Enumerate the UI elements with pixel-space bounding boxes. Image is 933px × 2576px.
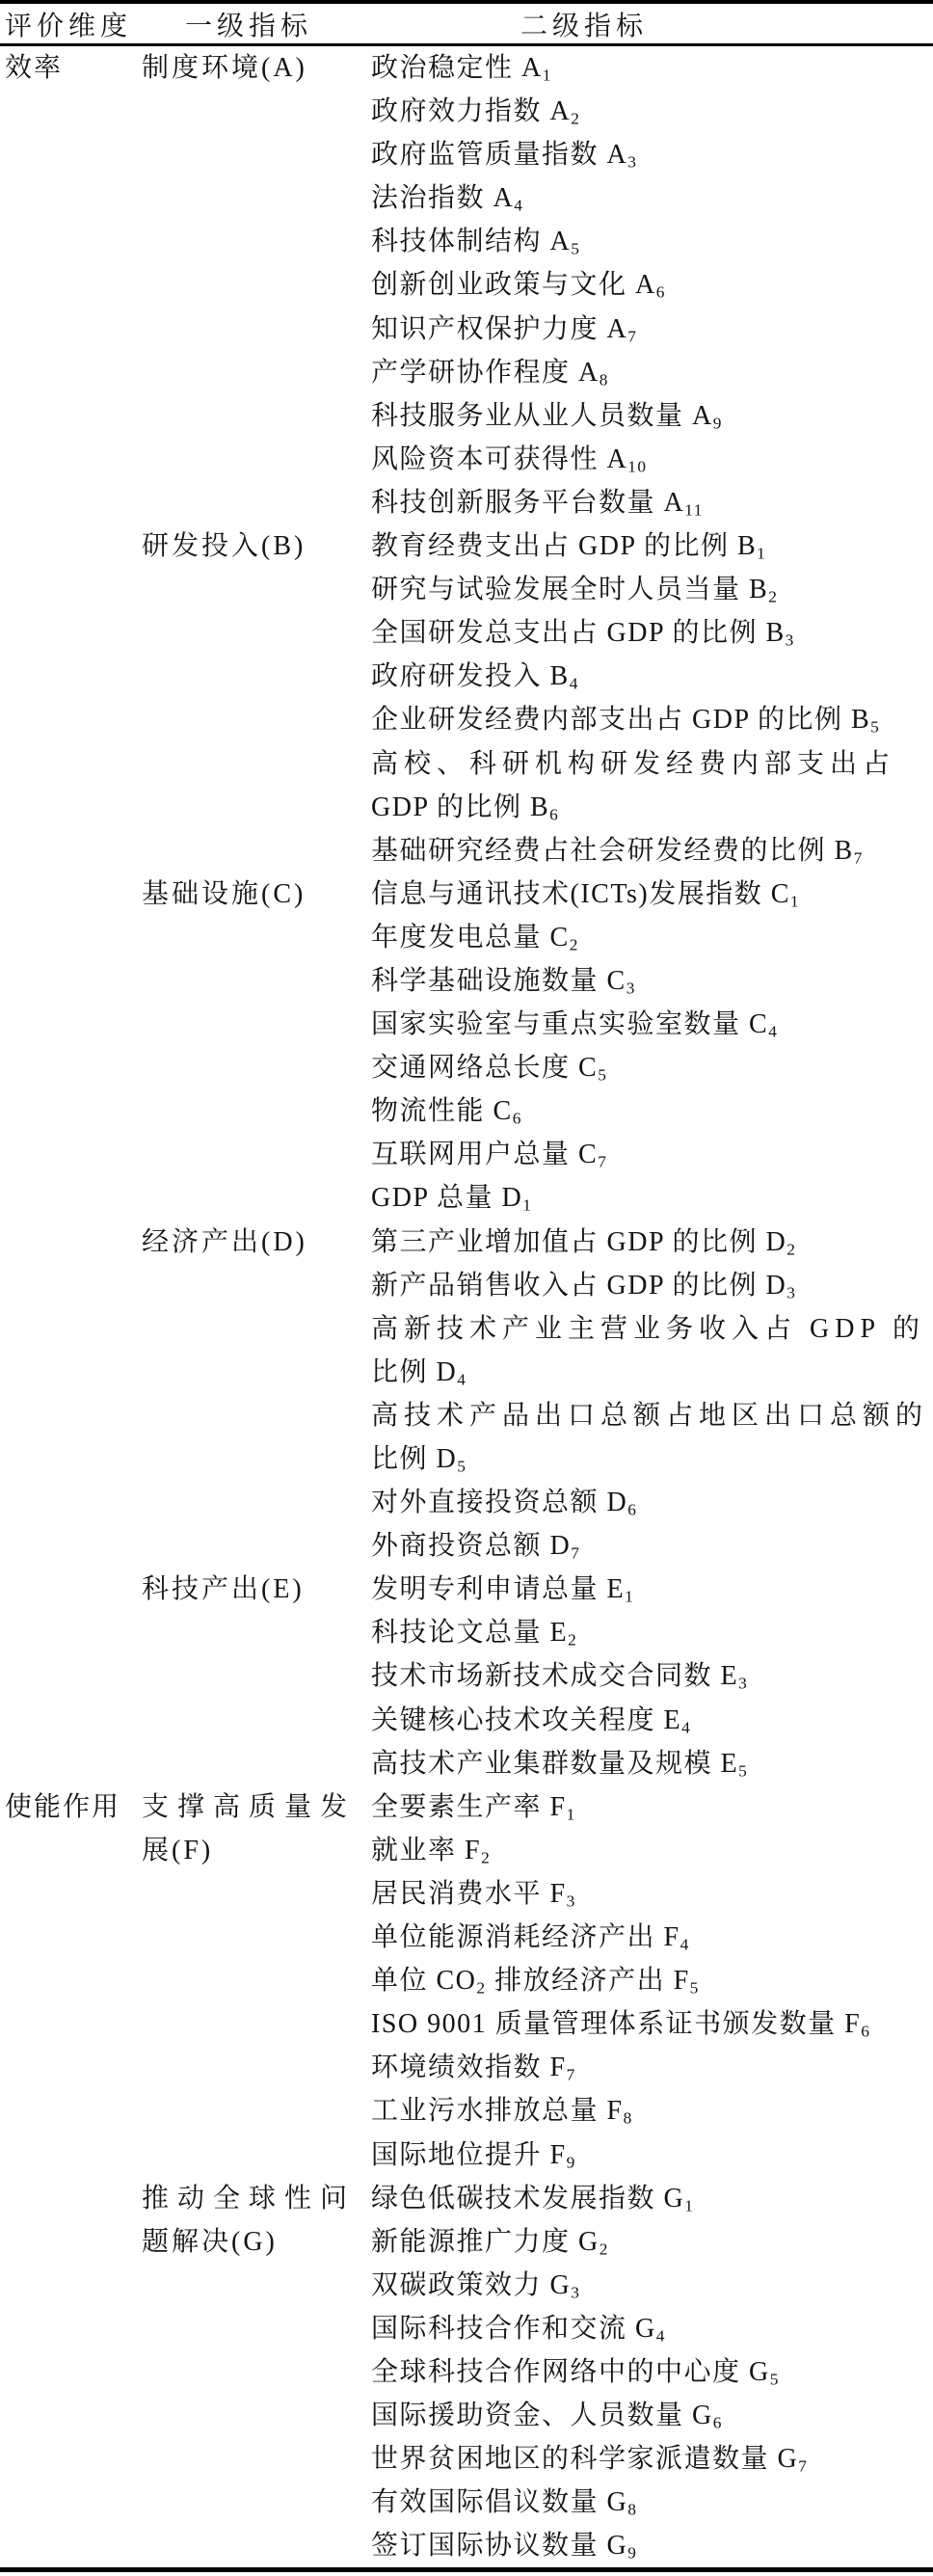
indicator-subscript: 3 — [567, 1892, 576, 1910]
level2-indicator-line: 国家实验室与重点实验室数量 C4 — [371, 1003, 933, 1046]
level2-indicator-line: 风险资本可获得性 A10 — [371, 438, 933, 481]
indicator-subscript: 5 — [690, 1978, 700, 1997]
level2-indicator-line: 互联网用户总量 C7 — [371, 1133, 933, 1176]
header-level1-indicator: 一级指标 — [142, 5, 371, 43]
level2-indicator-line: 国际科技合作和交流 G4 — [371, 2307, 933, 2350]
indicator-subscript: 4 — [768, 1022, 778, 1040]
level2-indicator-line: 关键核心技术攻关程度 E4 — [371, 1699, 933, 1742]
level2-indicator-line: 国际援助资金、人员数量 G6 — [371, 2394, 933, 2437]
level1-indicator-cell: 科技产出(E) — [142, 1568, 371, 1611]
level2-indicator-line: 有效国际倡议数量 G8 — [371, 2481, 933, 2524]
level2-indicator-line: 科技服务业从业人员数量 A9 — [371, 394, 933, 438]
level2-indicator-line: 外商投资总额 D7 — [371, 1524, 933, 1568]
indicator-subscript: 2 — [570, 935, 579, 953]
level2-indicator-line: 全要素生产率 F1 — [371, 1785, 933, 1829]
level2-indicator-line: 信息与通讯技术(ICTs)发展指数 C1 — [371, 872, 933, 916]
table-header-row: 评价维度 一级指标 二级指标 — [0, 4, 933, 43]
indicator-subscript: 2 — [481, 1848, 491, 1866]
level2-indicator-line: ISO 9001 质量管理体系证书颁发数量 F6 — [371, 2002, 933, 2046]
level2-indicator-line: 科技论文总量 E2 — [371, 1611, 933, 1654]
indicator-subscript: 8 — [600, 370, 609, 389]
level2-indicator-line: 科技创新服务平台数量 A11 — [371, 481, 933, 524]
level1-label-line: 支撑高质量发 — [142, 1785, 371, 1829]
level2-indicator-line: 就业率 F2 — [371, 1829, 933, 1872]
indicator-subscript: 6 — [627, 1500, 637, 1518]
indicator-subscript: 1 — [757, 544, 766, 562]
indicator-subscript: 1 — [790, 892, 800, 910]
level2-indicator-line: 科技体制结构 A5 — [371, 220, 933, 263]
indicator-subscript: 5 — [457, 1457, 466, 1475]
indicator-subscript: 6 — [861, 2023, 870, 2041]
group-row: 基础设施(C)信息与通讯技术(ICTs)发展指数 C1年度发电总量 C2科学基础… — [142, 872, 933, 1177]
indicator-subscript: 6 — [656, 283, 666, 302]
level2-indicator-line: 比例 D5 — [371, 1437, 933, 1481]
level2-indicator-line: 科学基础设施数量 C3 — [371, 959, 933, 1003]
indicator-subscript: 2 — [571, 109, 580, 127]
level2-indicator-line: 工业污水排放总量 F8 — [371, 2089, 933, 2133]
level2-indicator-cell: 全要素生产率 F1就业率 F2居民消费水平 F3单位能源消耗经济产出 F4单位 … — [371, 1785, 933, 2177]
indicator-subscript: 3 — [626, 979, 636, 997]
level1-label-line: 研发投入(B) — [142, 524, 371, 568]
level2-indicator-line: 基础研究经费占社会研发经费的比例 B7 — [371, 829, 933, 872]
level2-indicator-line: 全球科技合作网络中的中心度 G5 — [371, 2350, 933, 2394]
table-body: 效率制度环境(A)政治稳定性 A1政府效力指数 A2政府监管质量指数 A3法治指… — [0, 46, 933, 2567]
level2-indicator-line: 产学研协作程度 A8 — [371, 351, 933, 394]
group-row: 研发投入(B)教育经费支出占 GDP 的比例 B1研究与试验发展全时人员当量 B… — [142, 524, 933, 872]
level2-indicator-line: 物流性能 C6 — [371, 1089, 933, 1133]
dimension-label: 效率 — [0, 46, 142, 85]
indicator-subscript: 5 — [598, 1065, 607, 1084]
indicator-subscript: 2 — [476, 1978, 486, 1997]
indicator-subscript: 6 — [513, 1110, 522, 1128]
level2-indicator-line: 年度发电总量 C2 — [371, 916, 933, 959]
indicator-subscript: 2 — [768, 587, 778, 605]
level1-indicator-cell: 经济产出(D) — [142, 1176, 371, 1263]
indicator-subscript: 1 — [522, 1196, 532, 1215]
indicator-subscript: 4 — [457, 1370, 466, 1388]
level2-indicator-line: 双碳政策效力 G3 — [371, 2264, 933, 2307]
dimension-groups: 制度环境(A)政治稳定性 A1政府效力指数 A2政府监管质量指数 A3法治指数 … — [142, 46, 933, 1785]
level2-indicator-line: 绿色低碳技术发展指数 G1 — [371, 2177, 933, 2220]
level2-indicator-cell: 政治稳定性 A1政府效力指数 A2政府监管质量指数 A3法治指数 A4科技体制结… — [371, 46, 933, 524]
level2-indicator-line: 创新创业政策与文化 A6 — [371, 263, 933, 307]
indicator-subscript: 1 — [684, 2196, 694, 2214]
dimension-block: 使能作用支撑高质量发展(F)全要素生产率 F1就业率 F2居民消费水平 F3单位… — [0, 1785, 933, 2568]
level2-indicator-line: 对外直接投资总额 D6 — [371, 1481, 933, 1524]
level2-indicator-cell: 教育经费支出占 GDP 的比例 B1研究与试验发展全时人员当量 B2全国研发总支… — [371, 524, 933, 872]
indicator-subscript: 10 — [627, 457, 647, 475]
level2-indicator-line: 高校、科研机构研发经费内部支出占 — [371, 742, 933, 786]
indicator-subscript: 3 — [786, 1283, 796, 1301]
level2-indicator-line: 居民消费水平 F3 — [371, 1872, 933, 1916]
level2-indicator-line: 技术市场新技术成交合同数 E3 — [371, 1654, 933, 1698]
level2-indicator-line: GDP 的比例 B6 — [371, 786, 933, 829]
level2-indicator-line: GDP 总量 D1 — [371, 1176, 933, 1220]
indicator-subscript: 6 — [713, 2413, 723, 2431]
indicator-subscript: 7 — [798, 2456, 808, 2475]
dimension-groups: 支撑高质量发展(F)全要素生产率 F1就业率 F2居民消费水平 F3单位能源消耗… — [142, 1785, 933, 2568]
dimension-block: 效率制度环境(A)政治稳定性 A1政府效力指数 A2政府监管质量指数 A3法治指… — [0, 46, 933, 1785]
indicator-table-page: 评价维度 一级指标 二级指标 效率制度环境(A)政治稳定性 A1政府效力指数 A… — [0, 0, 933, 2576]
indicator-subscript: 9 — [713, 414, 723, 432]
indicator-subscript: 2 — [568, 1631, 577, 1650]
level1-indicator-cell: 支撑高质量发展(F) — [142, 1785, 371, 1872]
level1-label-line: 基础设施(C) — [142, 872, 371, 916]
level2-indicator-cell: 绿色低碳技术发展指数 G1新能源推广力度 G2双碳政策效力 G3国际科技合作和交… — [371, 2177, 933, 2568]
level1-label-line: 制度环境(A) — [142, 46, 371, 90]
level1-label-line: 经济产出(D) — [142, 1221, 371, 1264]
level1-indicator-cell: 制度环境(A) — [142, 46, 371, 90]
indicator-subscript: 9 — [567, 2153, 576, 2171]
indicator-subscript: 4 — [570, 675, 579, 693]
level2-indicator-line: 政府研发投入 B4 — [371, 655, 933, 698]
level2-indicator-line: 新能源推广力度 G2 — [371, 2220, 933, 2264]
level2-indicator-cell: GDP 总量 D1第三产业增加值占 GDP 的比例 D2新产品销售收入占 GDP… — [371, 1176, 933, 1568]
level2-indicator-line: 全国研发总支出占 GDP 的比例 B3 — [371, 611, 933, 655]
level1-label-line: 题解决(G) — [142, 2220, 371, 2264]
group-row: 推动全球性问题解决(G)绿色低碳技术发展指数 G1新能源推广力度 G2双碳政策效… — [142, 2177, 933, 2568]
indicator-subscript: 8 — [624, 2109, 633, 2128]
level1-indicator-cell: 推动全球性问题解决(G) — [142, 2177, 371, 2264]
indicator-subscript: 7 — [598, 1153, 607, 1171]
level2-indicator-line: 发明专利申请总量 E1 — [371, 1568, 933, 1611]
indicator-subscript: 5 — [571, 240, 580, 258]
level2-indicator-line: 比例 D4 — [371, 1351, 933, 1394]
level2-indicator-line: 签订国际协议数量 G9 — [371, 2524, 933, 2567]
header-level2-indicator: 二级指标 — [371, 5, 933, 43]
indicator-subscript: 2 — [786, 1240, 796, 1258]
level2-indicator-line: 单位 CO2 排放经济产出 F5 — [371, 1959, 933, 2002]
indicator-subscript: 5 — [770, 2370, 780, 2388]
indicator-subscript: 8 — [627, 2501, 637, 2519]
indicator-subscript: 1 — [567, 1805, 576, 1823]
level2-indicator-cell: 信息与通讯技术(ICTs)发展指数 C1年度发电总量 C2科学基础设施数量 C3… — [371, 872, 933, 1177]
indicator-subscript: 2 — [600, 2240, 609, 2258]
level2-indicator-line: 政府监管质量指数 A3 — [371, 133, 933, 176]
level2-indicator-line: 高新技术产业主营业务收入占 GDP 的 — [371, 1307, 933, 1351]
indicator-subscript: 5 — [738, 1761, 748, 1780]
group-row: 制度环境(A)政治稳定性 A1政府效力指数 A2政府监管质量指数 A3法治指数 … — [142, 46, 933, 524]
indicator-subscript: 4 — [514, 197, 523, 215]
indicator-subscript: 7 — [854, 848, 864, 867]
level2-indicator-line: 政府效力指数 A2 — [371, 90, 933, 133]
level2-indicator-line: 研究与试验发展全时人员当量 B2 — [371, 568, 933, 611]
level2-indicator-line: 国际地位提升 F9 — [371, 2133, 933, 2177]
level2-indicator-line: 教育经费支出占 GDP 的比例 B1 — [371, 524, 933, 568]
level2-indicator-line: 单位能源消耗经济产出 F4 — [371, 1916, 933, 1959]
indicator-subscript: 7 — [571, 1544, 580, 1563]
level2-indicator-line: 第三产业增加值占 GDP 的比例 D2 — [371, 1221, 933, 1264]
indicator-subscript: 3 — [786, 631, 795, 650]
indicator-subscript: 11 — [684, 500, 704, 519]
level2-indicator-line: 交通网络总长度 C5 — [371, 1046, 933, 1089]
indicator-subscript: 4 — [656, 2326, 666, 2345]
indicator-subscript: 4 — [681, 1718, 691, 1736]
header-evaluation-dimension: 评价维度 — [0, 5, 142, 43]
level2-indicator-line: 政治稳定性 A1 — [371, 46, 933, 90]
group-row: 支撑高质量发展(F)全要素生产率 F1就业率 F2居民消费水平 F3单位能源消耗… — [142, 1785, 933, 2177]
group-row: 经济产出(D)GDP 总量 D1第三产业增加值占 GDP 的比例 D2新产品销售… — [142, 1176, 933, 1568]
table-bottom-rule — [0, 2567, 933, 2572]
dimension-label: 使能作用 — [0, 1785, 142, 1824]
level1-indicator-cell: 基础设施(C) — [142, 872, 371, 916]
level1-indicator-cell: 研发投入(B) — [142, 524, 371, 568]
indicator-subscript: 7 — [567, 2066, 576, 2084]
level2-indicator-line: 高技术产品出口总额占地区出口总额的 — [371, 1394, 933, 1437]
indicator-subscript: 1 — [543, 66, 552, 84]
indicator-subscript: 3 — [627, 153, 637, 172]
indicator-subscript: 9 — [627, 2544, 637, 2563]
level1-label-line: 展(F) — [142, 1829, 371, 1872]
indicator-subscript: 1 — [625, 1588, 634, 1606]
level2-indicator-line: 法治指数 A4 — [371, 176, 933, 220]
level2-indicator-line: 知识产权保护力度 A7 — [371, 308, 933, 351]
level2-indicator-line: 高技术产业集群数量及规模 E5 — [371, 1742, 933, 1785]
indicator-subscript: 4 — [680, 1935, 690, 1953]
level2-indicator-line: 世界贫困地区的科学家派遣数量 G7 — [371, 2437, 933, 2481]
indicator-subscript: 5 — [870, 718, 880, 737]
level1-label-line: 科技产出(E) — [142, 1568, 371, 1611]
level2-indicator-cell: 发明专利申请总量 E1科技论文总量 E2技术市场新技术成交合同数 E3关键核心技… — [371, 1568, 933, 1784]
level2-indicator-line: 环境绩效指数 F7 — [371, 2046, 933, 2089]
level2-indicator-line: 企业研发经费内部支出占 GDP 的比例 B5 — [371, 698, 933, 741]
group-row: 科技产出(E)发明专利申请总量 E1科技论文总量 E2技术市场新技术成交合同数 … — [142, 1568, 933, 1784]
indicator-subscript: 3 — [571, 2283, 580, 2301]
level2-indicator-line: 新产品销售收入占 GDP 的比例 D3 — [371, 1264, 933, 1307]
level1-label-line: 推动全球性问 — [142, 2177, 371, 2220]
indicator-subscript: 7 — [627, 327, 637, 345]
indicator-subscript: 3 — [738, 1675, 748, 1693]
indicator-subscript: 6 — [549, 805, 559, 823]
